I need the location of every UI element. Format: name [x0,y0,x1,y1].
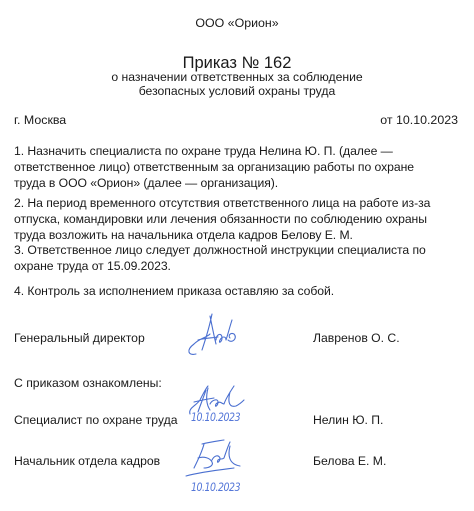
paragraph-1: 1. Назначить специалиста по охране труда… [14,144,446,191]
director-position: Генеральный директор [14,331,145,345]
subtitle-line: о назначении ответственных за соблюдение [0,71,474,85]
city: г. Москва [14,113,66,127]
hr-head-position: Начальник отдела кадров [14,454,160,468]
hr-head-signed-date: 10.10.2023 [191,480,240,494]
order-subtitle: о назначении ответственных за соблюдение… [0,71,474,98]
paragraph-4: 4. Контроль за исполнением приказа остав… [14,284,446,300]
hr-head-signature-icon [184,438,246,478]
acquainted-label: С приказом ознакомлены: [14,376,162,390]
specialist-signed-date: 10.10.2023 [191,410,240,424]
director-signature-icon [182,310,244,360]
paragraph-2: 2. На период временного отсутствия ответ… [14,196,446,243]
hr-head-name: Белова Е. М. [313,454,386,468]
organization-name: ООО «Орион» [0,16,474,30]
order-date: от 10.10.2023 [380,113,458,127]
director-name: Лавренов О. С. [313,331,400,345]
paragraph-3: 3. Ответственное лицо следует должностно… [14,243,446,275]
specialist-name: Нелин Ю. П. [313,413,383,427]
subtitle-line: безопасных условий охраны труда [0,85,474,99]
specialist-position: Специалист по охране труда [14,413,177,427]
